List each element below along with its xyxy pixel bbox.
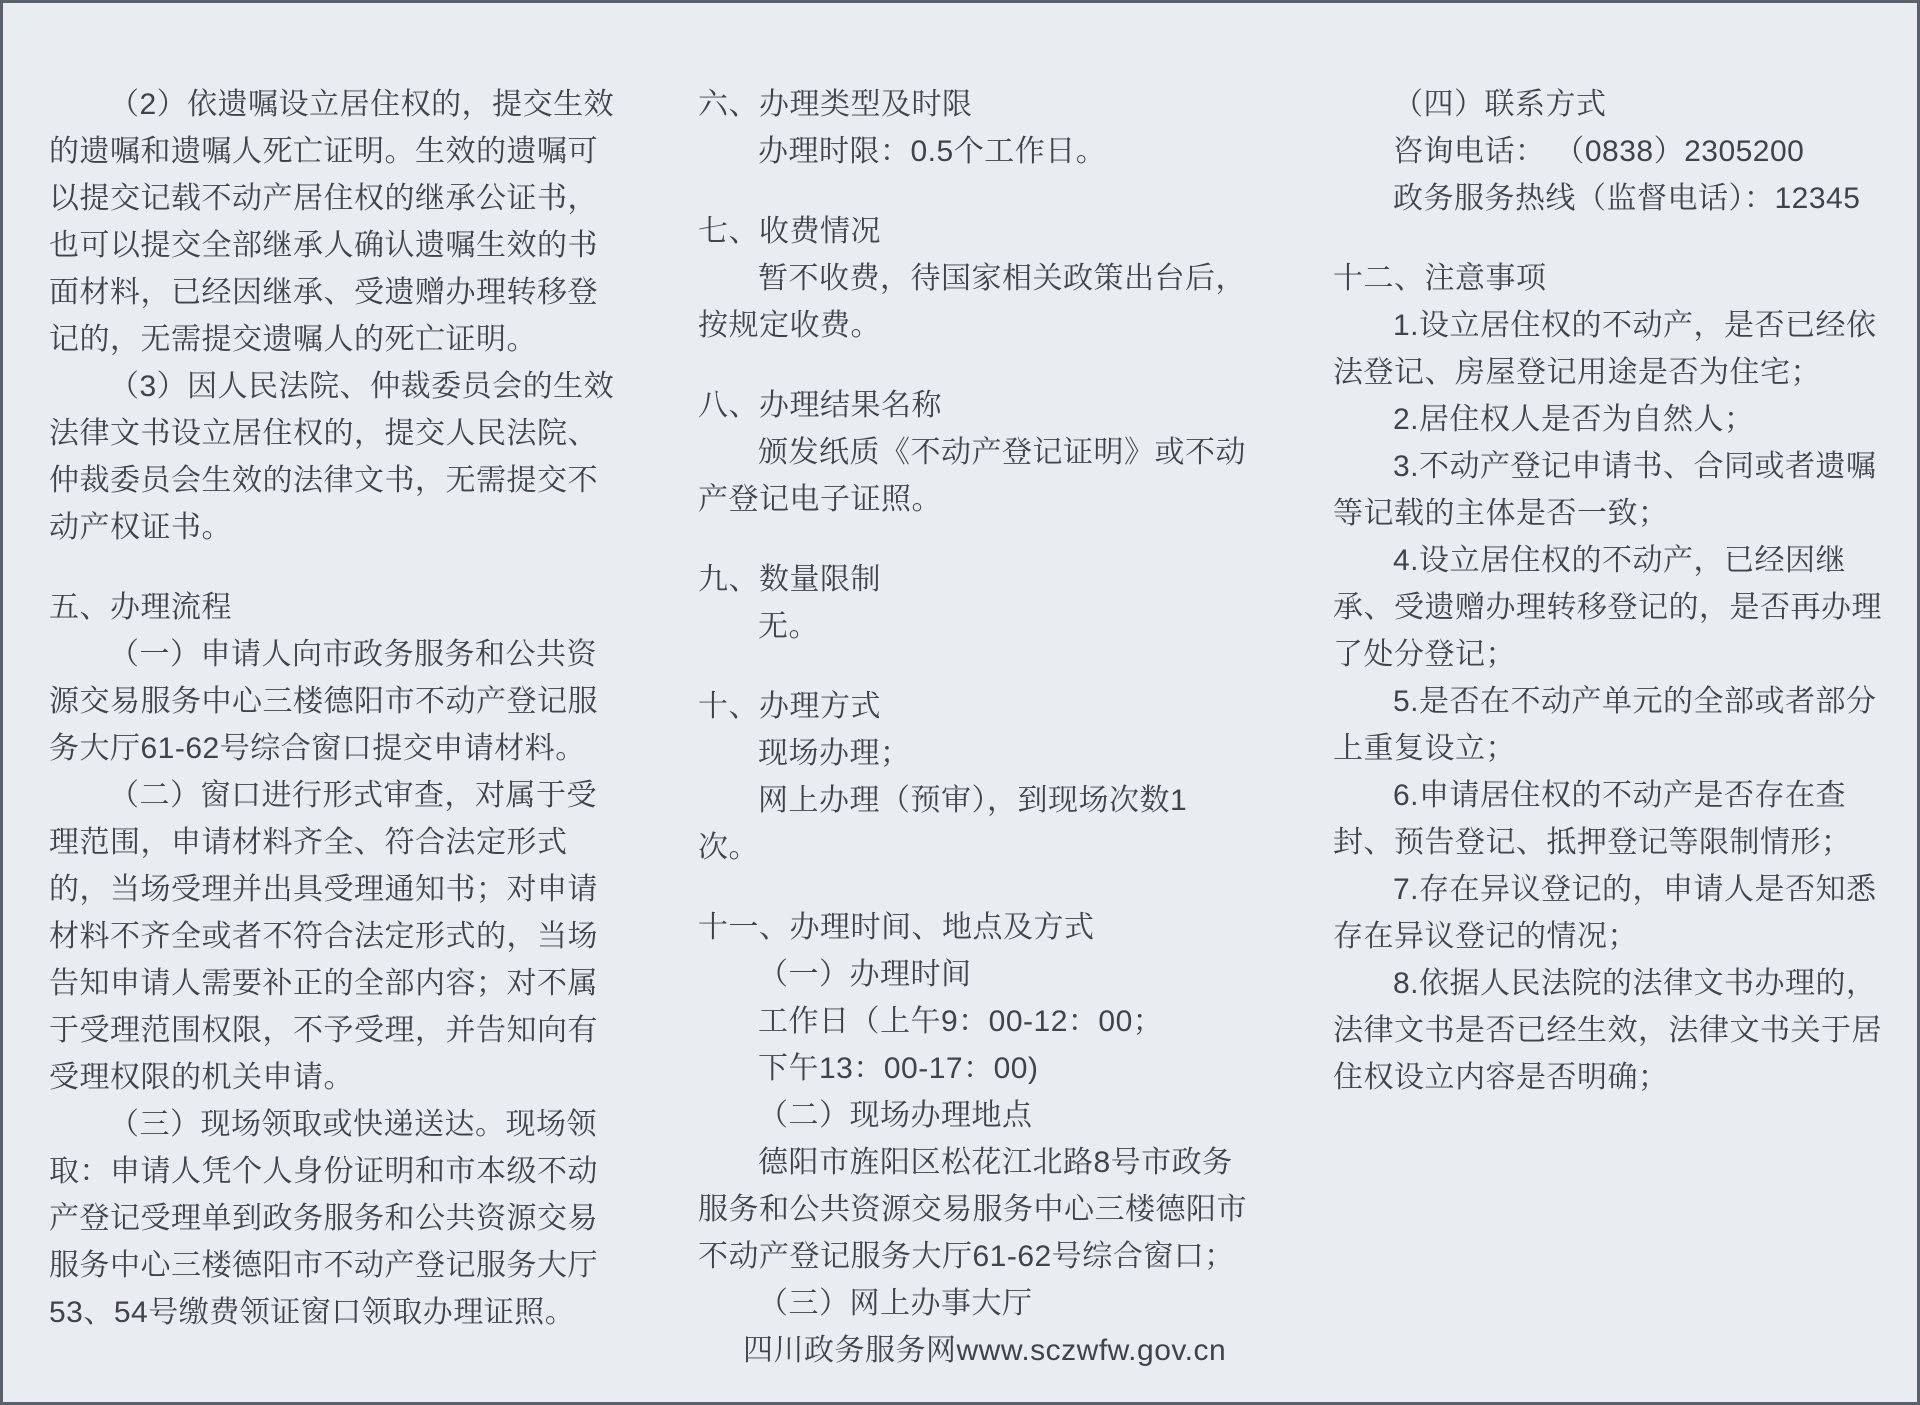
section-heading: 十二、注意事项 (1333, 255, 1881, 302)
text-line: 源交易服务中心三楼德阳市不动产登记服 (49, 678, 597, 725)
section-heading: 九、数量限制 (698, 556, 1246, 603)
section-heading: 七、收费情况 (698, 208, 1246, 255)
text-line: 办理时限：0.5个工作日。 (698, 128, 1246, 175)
text-line: 网上办理（预审），到现场次数1 (698, 777, 1246, 824)
text-line: 现场办理； (698, 730, 1246, 777)
text-line: 存在异议登记的情况； (1333, 913, 1881, 960)
section-heading: 八、办理结果名称 (698, 382, 1246, 429)
text-line: 下午13：00-17：00) (698, 1045, 1246, 1092)
text-line: 务大厅61-62号综合窗口提交申请材料。 (49, 725, 597, 772)
column-middle: 六、办理类型及时限办理时限：0.5个工作日。七、收费情况暂不收费，待国家相关政策… (698, 81, 1246, 1374)
text-line: 材料不齐全或者不符合法定形式的，当场 (49, 913, 597, 960)
text-line: 上重复设立； (1333, 725, 1881, 772)
text-line: 7.存在异议登记的，申请人是否知悉 (1333, 866, 1881, 913)
text-line: （三）现场领取或快递送达。现场领 (49, 1101, 597, 1148)
text-line: 暂不收费，待国家相关政策出台后， (698, 255, 1246, 302)
text-line: 法律文书是否已经生效，法律文书关于居 (1333, 1007, 1881, 1054)
section-heading: 十一、办理时间、地点及方式 (698, 904, 1246, 951)
text-line: 四川政务服务网www.sczwfw.gov.cn (698, 1327, 1246, 1374)
text-line: 无。 (698, 603, 1246, 650)
section-heading: 六、办理类型及时限 (698, 81, 1246, 128)
text-line: 受理权限的机关申请。 (49, 1054, 597, 1101)
text-line: 德阳市旌阳区松花江北路8号市政务 (698, 1139, 1246, 1186)
text-line: 5.是否在不动产单元的全部或者部分 (1333, 678, 1881, 725)
text-line: （一）申请人向市政务服务和公共资 (49, 631, 597, 678)
text-line: 服务和公共资源交易服务中心三楼德阳市 (698, 1186, 1246, 1233)
text-line: 住权设立内容是否明确； (1333, 1054, 1881, 1101)
text-line: 也可以提交全部继承人确认遗嘱生效的书 (49, 222, 597, 269)
text-line: 政务服务热线（监督电话）：12345 (1333, 175, 1881, 222)
text-line: 取：申请人凭个人身份证明和市本级不动 (49, 1148, 597, 1195)
text-line: 次。 (698, 824, 1246, 871)
text-line: 法登记、房屋登记用途是否为住宅； (1333, 349, 1881, 396)
text-line: 8.依据人民法院的法律文书办理的， (1333, 960, 1881, 1007)
text-line: 以提交记载不动产居住权的继承公证书， (49, 175, 597, 222)
column-left: （2）依遗嘱设立居住权的，提交生效的遗嘱和遗嘱人死亡证明。生效的遗嘱可以提交记载… (49, 81, 597, 1336)
text-line: 产登记电子证照。 (698, 476, 1246, 523)
text-line: 不动产登记服务大厅61-62号综合窗口； (698, 1233, 1246, 1280)
text-line: 颁发纸质《不动产登记证明》或不动 (698, 429, 1246, 476)
text-line: （二）窗口进行形式审查，对属于受 (49, 772, 597, 819)
text-line: （三）网上办事大厅 (698, 1280, 1246, 1327)
text-line: （3）因人民法院、仲裁委员会的生效 (49, 363, 597, 410)
text-line: （四）联系方式 (1333, 81, 1881, 128)
text-line: 产登记受理单到政务服务和公共资源交易 (49, 1195, 597, 1242)
text-line: （一）办理时间 (698, 951, 1246, 998)
text-line: 工作日（上午9：00-12：00； (698, 998, 1246, 1045)
text-line: 承、受遗赠办理转移登记的，是否再办理 (1333, 584, 1881, 631)
text-line: 的，当场受理并出具受理通知书；对申请 (49, 866, 597, 913)
text-line: （2）依遗嘱设立居住权的，提交生效 (49, 81, 597, 128)
text-line: 按规定收费。 (698, 302, 1246, 349)
text-line: 咨询电话： （0838）2305200 (1333, 128, 1881, 175)
text-line: 了处分登记； (1333, 631, 1881, 678)
text-line: 2.居住权人是否为自然人； (1333, 396, 1881, 443)
text-line: 告知申请人需要补正的全部内容；对不属 (49, 960, 597, 1007)
text-line: 6.申请居住权的不动产是否存在查 (1333, 772, 1881, 819)
text-line: 等记载的主体是否一致； (1333, 490, 1881, 537)
text-line: 记的，无需提交遗嘱人的死亡证明。 (49, 316, 597, 363)
text-line: 服务中心三楼德阳市不动产登记服务大厅 (49, 1242, 597, 1289)
text-line: （二）现场办理地点 (698, 1092, 1246, 1139)
text-line: 4.设立居住权的不动产，已经因继 (1333, 537, 1881, 584)
column-right: （四）联系方式咨询电话： （0838）2305200政务服务热线（监督电话）：1… (1333, 81, 1881, 1101)
text-line: 面材料，已经因继承、受遗赠办理转移登 (49, 269, 597, 316)
text-line: 1.设立居住权的不动产，是否已经依 (1333, 302, 1881, 349)
section-heading: 五、办理流程 (49, 584, 597, 631)
section-heading: 十、办理方式 (698, 683, 1246, 730)
text-line: 封、预告登记、抵押登记等限制情形； (1333, 819, 1881, 866)
brochure-page: （2）依遗嘱设立居住权的，提交生效的遗嘱和遗嘱人死亡证明。生效的遗嘱可以提交记载… (0, 0, 1920, 1405)
text-line: 的遗嘱和遗嘱人死亡证明。生效的遗嘱可 (49, 128, 597, 175)
text-line: 法律文书设立居住权的，提交人民法院、 (49, 410, 597, 457)
text-line: 动产权证书。 (49, 504, 597, 551)
text-line: 3.不动产登记申请书、合同或者遗嘱 (1333, 443, 1881, 490)
text-line: 于受理范围权限，不予受理，并告知向有 (49, 1007, 597, 1054)
text-line: 理范围，申请材料齐全、符合法定形式 (49, 819, 597, 866)
text-line: 53、54号缴费领证窗口领取办理证照。 (49, 1289, 597, 1336)
text-line: 仲裁委员会生效的法律文书，无需提交不 (49, 457, 597, 504)
